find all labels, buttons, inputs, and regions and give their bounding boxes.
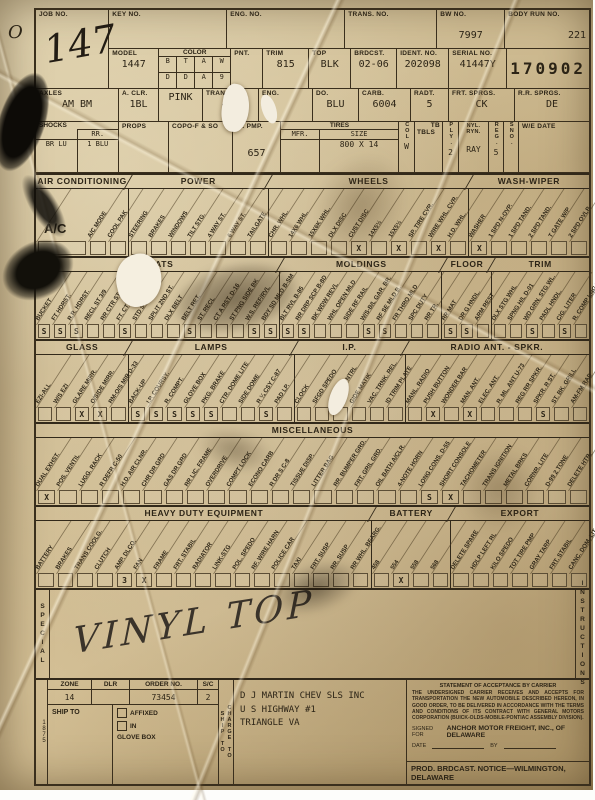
ship-to-vertical: SHIP TO <box>220 711 226 753</box>
tires-size-value: 800 X 14 <box>319 139 398 172</box>
option-value-cell <box>190 241 206 255</box>
left-edge-code: 1875 <box>36 680 48 784</box>
options-section: HEAVY DUTY EQUIPMENTBATTERYEXPORTBATTERY… <box>36 505 589 588</box>
color-caption: COLOR <box>159 49 230 56</box>
option-column: ID TRIM PLATE <box>386 355 404 422</box>
axle-clr-value: 1BL <box>122 99 155 110</box>
model-value: 1447 <box>112 59 155 70</box>
signed-for-label: SIGNED FOR <box>412 726 442 738</box>
section-body: A/CA/C MODECOOL PAKSTEERINGBRAKESWINDOWS… <box>36 189 589 256</box>
sc-label: S/C <box>198 680 218 689</box>
shocks-front-value: BR LU <box>36 139 77 172</box>
option-label: CLUTCH <box>94 547 112 571</box>
option-column: TAXI <box>292 521 312 588</box>
option-value-cell <box>97 573 113 587</box>
option-value-cell: S <box>282 324 294 338</box>
option-value-cell: S <box>204 407 218 421</box>
carrier-name: ANCHOR MOTOR FREIGHT, INC., OF DELAWARE <box>447 725 584 739</box>
option-value-cell <box>144 490 161 504</box>
option-value-cell <box>151 241 167 255</box>
option-column: FRT. STABIL <box>174 521 194 588</box>
option-value-cell <box>232 324 244 338</box>
props-label: PROPS <box>122 123 165 130</box>
option-column: ST. RECL <box>198 272 214 339</box>
paint-label: PNT. <box>234 50 259 57</box>
option-column: DR G HNDL.S <box>459 272 475 339</box>
ident-no-cell: IDENT. NO. 202098 <box>397 49 449 88</box>
option-label: FRAME <box>153 550 170 571</box>
option-value-cell: X <box>426 407 440 421</box>
axles-cell: AXLES AM BM <box>36 89 119 121</box>
option-column: MAN. ANT.X <box>461 355 479 422</box>
bw-no-value: 7997 <box>440 30 501 41</box>
section-body: BUCKETSFT HDRST.SR.R. HDRST.SRECL ST 3/9… <box>36 272 589 339</box>
option-column: 554X <box>391 521 411 588</box>
option-column: GAS DR GRD <box>164 438 185 505</box>
nyl-ryn-label: NYL. RYN. <box>462 123 485 135</box>
options-section: SEATSMOLDINGSFLOORTRIMBUCKETSFT HDRST.SR… <box>36 256 589 339</box>
option-group: BACK-UPSI.P. COURSY.SR. COMPT.SGLOVE BOX… <box>128 355 294 422</box>
rr-springs-value: DE <box>518 99 586 110</box>
option-column: 2 SPD TAND. <box>529 189 549 256</box>
options-section: AIR CONDITIONINGPOWERWHEELSWASH-WIPERA/C… <box>36 173 589 256</box>
option-column: LUGG. RACK <box>79 438 100 505</box>
section-title: I.P. <box>294 341 405 354</box>
dlr-value <box>92 690 130 704</box>
bw-no-cell: BW NO. 7997 <box>437 10 505 48</box>
option-group: BUCKETSFT HDRST.SR.R. HDRST.SRECL ST 3/9… <box>36 272 279 339</box>
option-value-cell <box>171 241 187 255</box>
handwritten-vinyl-top: VINYL TOP <box>73 583 315 663</box>
option-column: RR. BUMPER GRD. <box>334 438 355 505</box>
brdcst-label: BRDCST. <box>354 50 393 57</box>
option-column: RF. WIRE HARN <box>252 521 272 588</box>
option-column: WHL OPEN MLD <box>328 272 344 339</box>
option-column: R ¼ CSY C-87S <box>257 355 275 422</box>
option-column: FT HDRST.S <box>52 272 68 339</box>
option-value-cell <box>187 490 204 504</box>
option-value-cell <box>156 573 172 587</box>
frt-springs-label: FRT. SPRGS. <box>452 90 511 97</box>
do-label: DO. <box>316 90 355 97</box>
by-blank-line <box>504 743 556 749</box>
option-value-cell <box>370 407 384 421</box>
option-value-cell <box>38 241 86 255</box>
option-value-cell <box>314 490 331 504</box>
option-value-cell <box>254 573 270 587</box>
carb-value: 6004 <box>362 99 407 110</box>
option-label: CUST DISC <box>348 209 371 239</box>
option-value-cell <box>481 407 495 421</box>
option-column: POLICE CAR <box>272 521 292 588</box>
option-group: BLT RVL B-85SRR DRP SCP B-8DSBK WDW REVL… <box>279 272 442 339</box>
option-column: CIG. LITERS <box>557 272 573 339</box>
option-group: WASHERX1 SPD N-OVP.1 SPD TAND.2 SPD TAND… <box>468 189 589 256</box>
tires-mfr-value <box>281 139 319 172</box>
option-value-cell: S <box>264 324 276 338</box>
serial-no-cell: SERIAL NO. 41447Y <box>449 49 507 88</box>
option-column: 4-NOTE HORN <box>398 438 419 505</box>
section-title: WASH-WIPER <box>469 175 589 188</box>
option-value-cell: S <box>131 407 145 421</box>
rr-springs-label: R.R. SPRGS. <box>518 90 586 97</box>
option-value-cell: S <box>559 324 571 338</box>
option-column: A/C <box>36 189 88 256</box>
axles-label: AXLES <box>39 90 115 97</box>
option-label: STEERING <box>128 210 150 239</box>
option-value-cell: S <box>38 324 50 338</box>
option-column: SPC DUTY <box>409 272 425 339</box>
option-column: RM-O/S MIR D-33 <box>109 355 127 422</box>
option-value-cell <box>135 324 147 338</box>
option-value-cell <box>311 241 327 255</box>
option-value-cell <box>272 490 289 504</box>
option-column: LONG CONS. D-55S <box>419 438 440 505</box>
ident-no-value: 202098 <box>400 59 445 70</box>
option-label: WINDOWS <box>167 210 189 239</box>
body-run-no-cell: BODY RUN NO. 221 <box>505 10 589 48</box>
option-column: ST. BK. GRILL <box>552 355 570 422</box>
special-instructions-area: VINYL TOP <box>50 590 575 678</box>
option-column: BDY SD MLD B-SMS <box>262 272 278 339</box>
dealer-address: D J MARTIN CHEV SLS INC U S HIGHWAY #1 T… <box>234 680 406 784</box>
btaw-b-label: B <box>159 56 176 72</box>
option-column: CUST DISCX <box>349 189 369 256</box>
engine-cell: ENG. <box>259 89 313 121</box>
option-column: PKG. BRAKES <box>202 355 220 422</box>
option-value-cell: X <box>391 241 407 255</box>
section-title: MISCELLANEOUS <box>36 424 589 437</box>
section-title: EXPORT <box>451 507 589 520</box>
option-value-cell <box>527 490 544 504</box>
options-section: MISCELLANEOUSDUAL EXHST.XPOS. VENTILLUGG… <box>36 422 589 505</box>
option-label: CANC. DOM. LIT. <box>568 527 595 571</box>
job-no-cell: JOB NO. 147 <box>36 10 109 88</box>
option-column: AMP. DLCO.3 <box>115 521 135 588</box>
option-column: R.R. HDRST.S <box>68 272 84 339</box>
option-column: H.D. AIR CLNR. <box>121 438 142 505</box>
option-column: BELT RET.S <box>182 272 198 339</box>
option-value-cell <box>110 241 126 255</box>
option-column: CT A RST. D-16 <box>214 272 230 339</box>
charge-ship-strip: CHARGE TO SHIP TO <box>219 680 234 784</box>
carb-cell: CARB. 6004 <box>359 89 411 121</box>
option-value-cell <box>518 407 532 421</box>
copo-label: COPO-F & SO <box>172 123 229 130</box>
option-column: FANX <box>134 521 154 588</box>
option-value-cell <box>395 324 407 338</box>
color-code-cell: COLOR B T A W D D A 9 <box>159 49 231 88</box>
option-value-cell <box>542 324 554 338</box>
reg-label: REG. <box>493 122 499 146</box>
option-value-cell: S <box>363 324 375 338</box>
option-column: TILT STG. <box>188 189 208 256</box>
top-cell: TOP BLK <box>309 49 351 88</box>
reg-value: 5 <box>489 148 503 157</box>
tires-mfr-label: MFR. <box>281 129 319 139</box>
option-label: BATTERY <box>35 545 55 571</box>
option-column: FR THRO MLD <box>393 272 409 339</box>
statement-footer: PROD. BRDCAST. NOTICE—WILMINGTON, DELAWA… <box>407 761 589 784</box>
option-column: W.S. REF/RVLS <box>246 272 262 339</box>
carrier-statement: STATEMENT OF ACCEPTANCE BY CARRIER THE U… <box>406 680 589 784</box>
option-value-cell: S <box>421 490 438 504</box>
charge-to-vertical: CHARGE TO <box>227 705 233 759</box>
option-group: RR MATSDR G HNDL.SARM REST <box>441 272 491 339</box>
option-column: EZI-ALL <box>36 355 54 422</box>
option-column: SIDE RF RAIL <box>344 272 360 339</box>
option-value-cell <box>499 407 513 421</box>
option-group: DELETE SPAREHDLP LEFT RLKILO SPEDOTOT TI… <box>450 521 589 588</box>
option-value-cell <box>251 490 268 504</box>
option-value-cell: S <box>167 407 181 421</box>
option-column: 4 WAY ST. <box>208 189 228 256</box>
option-value-cell <box>274 573 290 587</box>
option-value-cell <box>56 407 70 421</box>
tb-label: TB <box>415 122 442 129</box>
option-label: TILT STG. <box>187 212 207 239</box>
special-vertical-label: SPECIAL <box>36 590 50 678</box>
btaw-b-value: D <box>159 72 176 88</box>
option-column: 568 <box>431 521 451 588</box>
option-label: 14X6 WHL. <box>288 210 310 239</box>
option-column: R. COMP LNG B-7S <box>573 272 589 339</box>
bottom-block: 1875 ZONE DLR ORDER NO. S/C 14 73454 2 S… <box>36 678 589 784</box>
option-column: SIDE DOME <box>239 355 257 422</box>
option-column: R DEFR C-50 <box>100 438 121 505</box>
model-cell: MODEL 1447 <box>109 49 159 88</box>
option-value-cell: S <box>259 407 273 421</box>
option-value-cell: X <box>393 573 409 587</box>
option-column: KILO SPEDO <box>491 521 511 588</box>
affixed-label: AFFIXED <box>130 710 158 717</box>
option-column: R DR S C-8 <box>270 438 291 505</box>
option-value-cell <box>229 490 246 504</box>
option-label: H.D. WHL. <box>447 211 468 239</box>
option-sections: AIR CONDITIONINGPOWERWHEELSWASH-WIPERA/C… <box>36 173 589 588</box>
option-value-cell <box>81 490 98 504</box>
option-value-cell <box>38 573 54 587</box>
option-group: MANL. RADIOPUSH BUTTONXWONDER BARMAN. AN… <box>405 355 589 422</box>
option-value-cell <box>511 241 527 255</box>
option-column: WINDOWS <box>169 189 189 256</box>
option-value-cell <box>427 324 439 338</box>
option-value-cell <box>411 324 423 338</box>
tires-caption: TIRES <box>281 122 398 129</box>
sc-value: 2 <box>198 690 218 704</box>
option-column: 15X6K WHL. <box>309 189 329 256</box>
option-value-cell <box>453 573 469 587</box>
order-no-label: ORDER NO. <box>130 680 198 689</box>
section-body: EZI-ALLW/S EZIGLARE MIRR.XO/SIDE MIRR.XR… <box>36 355 589 422</box>
option-column: SPKR. R ST.S <box>534 355 552 422</box>
option-label: D-99 2 TONE <box>545 454 570 488</box>
option-value-cell <box>293 490 310 504</box>
scanned-broadcast-sheet: { "doc": {"type": "vehicle broadcast bui… <box>0 0 595 800</box>
option-label: BRAKES <box>148 214 167 239</box>
option-label: CLOCK <box>294 384 311 405</box>
option-column: GLOVE BOXS <box>184 355 202 422</box>
option-group: EZI-ALLW/S EZIGLARE MIRR.XO/SIDE MIRR.XR… <box>36 355 128 422</box>
option-column: 558 <box>411 521 431 588</box>
option-value-cell <box>336 490 353 504</box>
brdcst-value: 02-06 <box>354 59 393 70</box>
option-value-cell <box>291 241 307 255</box>
serial-no-value: 41447Y <box>452 59 503 70</box>
option-label: RADIATOR <box>192 542 214 571</box>
option-column: CLUTCH <box>95 521 115 588</box>
section-title: BATTERY <box>372 507 451 520</box>
option-column: TISSUE DISP. <box>291 438 312 505</box>
trim-value: 815 <box>266 59 305 70</box>
section-header-band: MISCELLANEOUS <box>36 422 589 438</box>
option-value-cell: S <box>298 324 310 338</box>
option-label: FAN <box>133 558 145 571</box>
option-column: OIL BATH A/CLR. <box>376 438 397 505</box>
option-column: 14X6 WHL. <box>289 189 309 256</box>
option-value-cell <box>195 573 211 587</box>
section-title: MOLDINGS <box>280 258 443 271</box>
trans-cell: TRANS. 435 <box>203 89 259 121</box>
option-label: 14X5½ <box>368 220 383 239</box>
option-value-cell <box>444 407 458 421</box>
zone-value: 14 <box>48 690 92 704</box>
option-value-cell: S <box>248 324 260 338</box>
options-section: GLASSLAMPSI.P.RADIO ANT. - SPKR.EZI-ALLW… <box>36 339 589 422</box>
option-column: SHORT CONSOLEX <box>440 438 461 505</box>
option-column: BLT RVL B-85S <box>280 272 296 339</box>
option-value-cell <box>346 324 358 338</box>
fi-pmp-cell: FI. PMP. 657 <box>233 122 281 172</box>
option-label: TAXI <box>291 557 303 571</box>
option-value-cell <box>102 490 119 504</box>
option-column: WASHERX <box>469 189 489 256</box>
option-group: A/CA/C MODECOOL PAK <box>36 189 128 256</box>
option-value-cell <box>411 241 427 255</box>
key-no-cell: KEY NO. <box>109 10 227 48</box>
option-column: VAC. TRNK. REL. <box>368 355 386 422</box>
zone-table: ZONE DLR ORDER NO. S/C 14 73454 2 SHIP T… <box>48 680 219 784</box>
date-label: DATE <box>412 743 426 749</box>
option-column: 458 <box>372 521 392 588</box>
option-column: 14X5½ <box>369 189 389 256</box>
option-column: REG RR SPKR. <box>516 355 534 422</box>
option-column: WIRE WHL. CVR.X <box>429 189 449 256</box>
option-value-cell <box>463 490 480 504</box>
option-value-cell <box>352 407 366 421</box>
trans-label: TRANS. <box>206 90 255 97</box>
color-name-cell: PINK <box>159 89 203 121</box>
option-group: CLOCKSFGD SPEDOCRUZ CONTRLGIDE MATIKVAC.… <box>294 355 405 422</box>
option-value-cell <box>77 573 93 587</box>
option-column: R. ML. ANT U-73 <box>497 355 515 422</box>
option-label: A/C MODE <box>87 211 108 239</box>
option-value-cell <box>271 241 287 255</box>
section-title: POWER <box>128 175 268 188</box>
option-value-cell <box>87 324 99 338</box>
option-column: TAILGATE <box>248 189 268 256</box>
option-value-cell <box>241 407 255 421</box>
section-header-band: AIR CONDITIONINGPOWERWHEELSWASH-WIPER <box>36 173 589 189</box>
option-value-cell <box>548 490 565 504</box>
option-value-cell <box>297 407 311 421</box>
option-value-cell <box>532 573 548 587</box>
trans-no-cell: TRANS. NO. <box>345 10 437 48</box>
option-column: POS. VENTIL <box>57 438 78 505</box>
option-column: PUSH BUTTONX <box>424 355 442 422</box>
option-value-cell <box>374 573 390 587</box>
radt-cell: RADT. 5 <box>411 89 449 121</box>
option-value-cell: S <box>526 324 538 338</box>
option-column: O/SIDE MIRR.X <box>91 355 109 422</box>
option-column: BRAKES <box>149 189 169 256</box>
zone-label: ZONE <box>48 680 92 689</box>
do-value: BLU <box>316 99 355 110</box>
option-column: RR WHL. BEARG. <box>351 521 371 588</box>
frt-springs-value: CK <box>452 99 511 110</box>
option-value-cell <box>378 490 395 504</box>
option-value-cell <box>151 324 163 338</box>
option-column: DLX DISC <box>329 189 349 256</box>
trim-label: TRIM <box>266 50 305 57</box>
option-value-cell: S <box>70 324 82 338</box>
key-no-label: KEY NO. <box>112 11 223 18</box>
sno-cell: SNO. <box>504 122 519 172</box>
tb-tbls-cell: TB TBLS <box>415 122 443 172</box>
option-value-cell: S <box>54 324 66 338</box>
option-column: CHR DR GRD <box>142 438 163 505</box>
carb-label: CARB. <box>362 90 407 97</box>
option-value-cell <box>494 324 506 338</box>
option-column: BUCKETS <box>36 272 52 339</box>
option-label: RR. SUSP <box>330 544 350 571</box>
option-column: WD GRN. STG WL.S <box>524 272 540 339</box>
option-value-cell <box>491 241 507 255</box>
option-label: DELETE HTR. <box>567 452 593 488</box>
btaw-t-label: T <box>176 56 194 72</box>
instructions-vertical-label: INSTRUCTIONS <box>575 590 589 678</box>
option-value-cell: S <box>536 407 550 421</box>
option-column: TACHOMETER <box>461 438 482 505</box>
option-column: SP. TIRE CVR. <box>409 189 429 256</box>
glove-box-label: GLOVE BOX <box>117 734 214 741</box>
option-label: 554 <box>390 559 400 571</box>
option-label: R DR S C-8 <box>269 458 291 488</box>
option-value-cell <box>277 407 291 421</box>
order-no-value: 73454 <box>130 690 198 704</box>
fi-pmp-value: 657 <box>236 148 277 159</box>
top-label: TOP <box>312 50 347 57</box>
option-label: AM-FM RAD <box>570 373 594 405</box>
sno-label: SNO. <box>508 122 514 146</box>
option-value-cell <box>571 573 587 587</box>
option-value-cell: S <box>186 407 200 421</box>
option-column: ST PNG SIDE BK <box>230 272 246 339</box>
dealer-line-3: TRIANGLE VA <box>240 717 400 731</box>
option-value-cell <box>552 573 568 587</box>
tire-col-cell: COL W <box>399 122 415 172</box>
option-column: 15X5½X <box>389 189 409 256</box>
option-value-cell: S <box>379 324 391 338</box>
option-value-cell: 3 <box>117 573 133 587</box>
option-value-cell <box>131 241 147 255</box>
tire-col-label: COL <box>404 122 410 140</box>
option-column: GRAY TARP <box>530 521 550 588</box>
option-column: GLARE MIRR.X <box>73 355 91 422</box>
btaw-t-value: D <box>176 72 194 88</box>
option-column: FRT. GRIL GRD. <box>355 438 376 505</box>
section-title: SEATS <box>36 258 280 271</box>
